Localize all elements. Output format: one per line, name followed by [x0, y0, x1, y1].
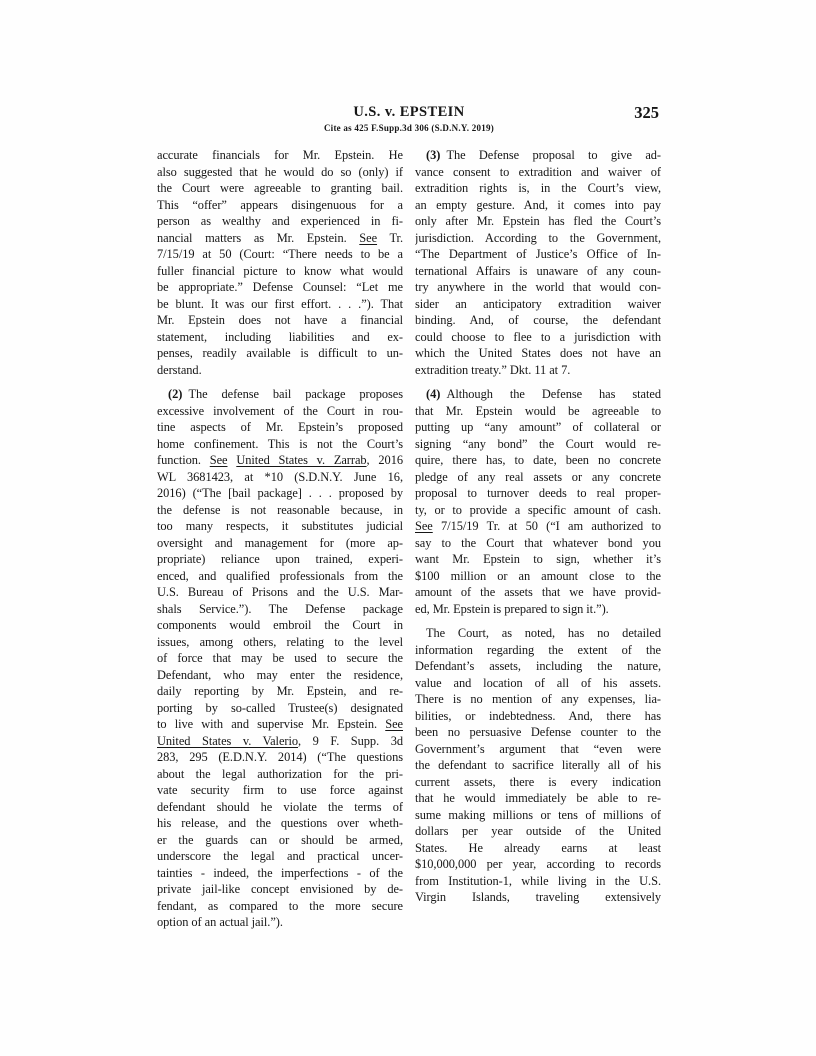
body-text: 7/15/19 Tr. at 50 (“I am authorized to	[433, 519, 661, 533]
text-line: also suggested that he would do so (only…	[157, 164, 403, 181]
text-line: to live with and supervise Mr. Epstein. …	[157, 716, 403, 733]
text-line: his release, and the questions over whet…	[157, 815, 403, 832]
text-line: that Mr. Epstein would be agreeable to	[415, 403, 661, 420]
text-line: vate security firm to use force against	[157, 782, 403, 799]
body-text: his release, and the questions over whet…	[157, 816, 403, 830]
paragraph-number: (4)	[426, 387, 440, 401]
body-text: shals Service.”). The Defense package	[157, 602, 403, 616]
body-text: excessive involvement of the Court in ro…	[157, 404, 403, 418]
body-text: 2016) (“The [bail package] . . . propose…	[157, 486, 403, 500]
body-text: derstand.	[157, 363, 202, 377]
body-text: ty, or to provide a specific amount of c…	[415, 503, 661, 517]
body-text: which the United States does not have an	[415, 346, 661, 360]
body-text: jurisdiction. According to the Governmen…	[415, 231, 661, 245]
text-line: ed, Mr. Epstein is prepared to sign it.”…	[415, 601, 661, 618]
text-line: putting up “any amount” of collateral or	[415, 419, 661, 436]
body-text: try anywhere in the world that would con…	[415, 280, 661, 294]
text-line: penses, readily available is difficult t…	[157, 345, 403, 362]
text-line: be appropriate.” Defense Counsel: “Let m…	[157, 279, 403, 296]
body-text: binding. And, of course, the defendant	[415, 313, 661, 327]
body-text: Virgin Islands, traveling extensively	[415, 890, 661, 904]
text-line: vance consent to extradition and waiver …	[415, 164, 661, 181]
body-text: underscore the legal and practical uncer…	[157, 849, 403, 863]
text-line: signing “any bond” the Court would re-	[415, 436, 661, 453]
text-line: could choose to flee to a jurisdiction w…	[415, 329, 661, 346]
text-line: defendant should he violate the terms of	[157, 799, 403, 816]
text-line: excessive involvement of the Court in ro…	[157, 403, 403, 420]
body-text: pledge of any real assets or any concret…	[415, 470, 661, 484]
body-text: extradition rights is, in the Court’s vi…	[415, 181, 661, 195]
body-text: U.S. Bureau of Prisons and the U.S. Mar-	[157, 585, 403, 599]
text-line: $10,000,000 per year, according to recor…	[415, 856, 661, 873]
text-line: an empty gesture. And, it comes into pay	[415, 197, 661, 214]
text-line: States. He already earns at least	[415, 840, 661, 857]
text-line: which the United States does not have an	[415, 345, 661, 362]
body-text: value and location of all of his assets.	[415, 676, 661, 690]
body-text: that Mr. Epstein would be agreeable to	[415, 404, 661, 418]
body-text: The Defense proposal to give ad-	[440, 148, 661, 162]
text-line: 283, 295 (E.D.N.Y. 2014) (“The questions	[157, 749, 403, 766]
body-text: signing “any bond” the Court would re-	[415, 437, 661, 451]
body-text: Defendant’s assets, including the nature…	[415, 659, 661, 673]
body-text: been no persuasive Defense counter to th…	[415, 725, 661, 739]
body-text: fuller financial picture to know what wo…	[157, 264, 403, 278]
text-line: Defendant, who may enter the residence,	[157, 667, 403, 684]
text-line: the defense is not reasonable because, i…	[157, 502, 403, 519]
text-line: United States v. Valerio, 9 F. Supp. 3d	[157, 733, 403, 750]
body-text: private jail-like concept envisioned by …	[157, 882, 403, 896]
text-line: components would embroil the Court in	[157, 617, 403, 634]
text-line: option of an actual jail.”).	[157, 914, 403, 931]
body-text: ed, Mr. Epstein is prepared to sign it.”…	[415, 602, 609, 616]
body-text: say to the Court that whatever bond you	[415, 536, 661, 550]
text-line: sider an anticipatory extradition waiver	[415, 296, 661, 313]
text-line: derstand.	[157, 362, 403, 379]
text-line: issues, among others, relating to the le…	[157, 634, 403, 651]
text-line: accurate financials for Mr. Epstein. He	[157, 147, 403, 164]
text-line: home confinement. This is not the Court’…	[157, 436, 403, 453]
body-text: dollars per year outside of the United	[415, 824, 661, 838]
text-line: (4) Although the Defense has stated	[415, 386, 661, 403]
body-text: to live with and supervise Mr. Epstein.	[157, 717, 385, 731]
body-text: home confinement. This is not the Court’…	[157, 437, 403, 451]
text-line: statement, including liabilities and ex-	[157, 329, 403, 346]
body-text: oversight and management for (more ap-	[157, 536, 403, 550]
text-line: value and location of all of his assets.	[415, 675, 661, 692]
text-line: too many respects, it substitutes judici…	[157, 518, 403, 535]
text-line: amount of the assets that we have provid…	[415, 584, 661, 601]
body-text: $100 million or an amount close to the	[415, 569, 661, 583]
paragraph: (2) The defense bail package proposesexc…	[157, 386, 403, 931]
body-text: porting by so-called Trustee(s) designat…	[157, 701, 403, 715]
text-line: the Court were agreeable to granting bai…	[157, 180, 403, 197]
text-line: shals Service.”). The Defense package	[157, 601, 403, 618]
underlined-citation-text: United States v. Zarrab	[236, 453, 366, 467]
text-line: ternational Affairs is unaware of any co…	[415, 263, 661, 280]
body-text: vate security firm to use force against	[157, 783, 403, 797]
body-text: Tr.	[377, 231, 403, 245]
body-text: that he would immediately be able to re-	[415, 791, 661, 805]
body-text: also suggested that he would do so (only…	[157, 165, 403, 179]
body-text: the defendant to sacrifice literally all…	[415, 758, 661, 772]
underlined-citation-text: See	[210, 453, 228, 467]
body-text: Although the Defense has stated	[440, 387, 661, 401]
text-line: tainties - indeed, the imperfections - o…	[157, 865, 403, 882]
text-line: that he would immediately be able to re-	[415, 790, 661, 807]
body-text: the Court were agreeable to granting bai…	[157, 181, 403, 195]
text-line: been no persuasive Defense counter to th…	[415, 724, 661, 741]
body-text: nancial matters as Mr. Epstein.	[157, 231, 359, 245]
text-line: extradition treaty.” Dkt. 11 at 7.	[415, 362, 661, 379]
body-text: amount of the assets that we have provid…	[415, 585, 661, 599]
body-text: er the guards can or should be armed,	[157, 833, 403, 847]
running-head-case-title: U.S. v. EPSTEIN	[157, 105, 661, 120]
body-text: information regarding the extent of the	[415, 643, 661, 657]
text-line: The Court, as noted, has no detailed	[415, 625, 661, 642]
body-text: propriate) reliance upon trained, experi…	[157, 552, 403, 566]
text-line: underscore the legal and practical uncer…	[157, 848, 403, 865]
text-line: binding. And, of course, the defendant	[415, 312, 661, 329]
body-text: 7/15/19 at 50 (Court: “There needs to be…	[157, 247, 403, 261]
body-text: of force that may be used to secure the	[157, 651, 403, 665]
text-line: This “offer” appears disingenuous for a	[157, 197, 403, 214]
body-text: , 9 F. Supp. 3d	[298, 734, 403, 748]
body-text: enced, and qualified professionals from …	[157, 569, 403, 583]
text-line: want Mr. Epstein to sign, whether it’s	[415, 551, 661, 568]
text-line: er the guards can or should be armed,	[157, 832, 403, 849]
document-page: U.S. v. EPSTEIN 325 Cite as 425 F.Supp.3…	[0, 0, 816, 1056]
paragraph-number: (2)	[168, 387, 182, 401]
text-line: of force that may be used to secure the	[157, 650, 403, 667]
column-right: (3) The Defense proposal to give ad-vanc…	[415, 147, 661, 931]
body-text: “The Department of Justice’s Office of I…	[415, 247, 661, 261]
body-text: statement, including liabilities and ex-	[157, 330, 403, 344]
text-line: bilities, or indebtedness. And, there ha…	[415, 708, 661, 725]
text-line: current assets, there is every indicatio…	[415, 774, 661, 791]
body-text: sider an anticipatory extradition waiver	[415, 297, 661, 311]
text-line: dollars per year outside of the United	[415, 823, 661, 840]
text-line: sume making millions or tens of millions…	[415, 807, 661, 824]
text-line: See 7/15/19 Tr. at 50 (“I am authorized …	[415, 518, 661, 535]
text-line: (2) The defense bail package proposes	[157, 386, 403, 403]
text-line: from Institution-1, while living in the …	[415, 873, 661, 890]
body-text: 283, 295 (E.D.N.Y. 2014) (“The questions	[157, 750, 403, 764]
text-line: information regarding the extent of the	[415, 642, 661, 659]
text-line: 2016) (“The [bail package] . . . propose…	[157, 485, 403, 502]
paragraph: accurate financials for Mr. Epstein. Hea…	[157, 147, 403, 378]
text-line: proposal to turnover deeds to real prope…	[415, 485, 661, 502]
underlined-citation-text: United States v. Valerio	[157, 734, 298, 748]
body-text: proposal to turnover deeds to real prope…	[415, 486, 661, 500]
body-text: WL 3681423, at *10 (S.D.N.Y. June 16,	[157, 470, 403, 484]
underlined-citation-text: See	[415, 519, 433, 533]
text-line: daily reporting by Mr. Epstein, and re-	[157, 683, 403, 700]
underlined-citation-text: See	[359, 231, 377, 245]
text-line: fuller financial picture to know what wo…	[157, 263, 403, 280]
body-text: current assets, there is every indicatio…	[415, 775, 661, 789]
body-text: Defendant, who may enter the residence,	[157, 668, 403, 682]
text-line: quire, there has, to date, been no concr…	[415, 452, 661, 469]
paragraph: The Court, as noted, has no detailedinfo…	[415, 625, 661, 906]
body-text: vance consent to extradition and waiver …	[415, 165, 661, 179]
text-line: ty, or to provide a specific amount of c…	[415, 502, 661, 519]
text-line: U.S. Bureau of Prisons and the U.S. Mar-	[157, 584, 403, 601]
body-text: too many respects, it substitutes judici…	[157, 519, 403, 533]
body-text: components would embroil the Court in	[157, 618, 403, 632]
text-line: pledge of any real assets or any concret…	[415, 469, 661, 486]
text-line: only after Mr. Epstein has fled the Cour…	[415, 213, 661, 230]
body-text: penses, readily available is difficult t…	[157, 346, 403, 360]
text-line: extradition rights is, in the Court’s vi…	[415, 180, 661, 197]
text-line: propriate) reliance upon trained, experi…	[157, 551, 403, 568]
body-text: about the legal authorization for the pr…	[157, 767, 403, 781]
text-line: There is no mention of any expenses, lia…	[415, 691, 661, 708]
paragraph: (3) The Defense proposal to give ad-vanc…	[415, 147, 661, 378]
text-line: about the legal authorization for the pr…	[157, 766, 403, 783]
body-text: daily reporting by Mr. Epstein, and re-	[157, 684, 403, 698]
body-text: option of an actual jail.”).	[157, 915, 283, 929]
text-line: (3) The Defense proposal to give ad-	[415, 147, 661, 164]
body-text: function.	[157, 453, 210, 467]
text-line: oversight and management for (more ap-	[157, 535, 403, 552]
text-line: Mr. Epstein does not have a financial	[157, 312, 403, 329]
paragraph-number: (3)	[426, 148, 440, 162]
body-text: $10,000,000 per year, according to recor…	[415, 857, 661, 871]
body-text: defendant should he violate the terms of	[157, 800, 403, 814]
body-text: bilities, or indebtedness. And, there ha…	[415, 709, 661, 723]
body-text: The Court, as noted, has no detailed	[426, 626, 661, 640]
text-line: nancial matters as Mr. Epstein. See Tr.	[157, 230, 403, 247]
text-line: $100 million or an amount close to the	[415, 568, 661, 585]
text-line: enced, and qualified professionals from …	[157, 568, 403, 585]
text-line: 7/15/19 at 50 (Court: “There needs to be…	[157, 246, 403, 263]
page-header: U.S. v. EPSTEIN 325 Cite as 425 F.Supp.3…	[157, 105, 661, 133]
underlined-citation-text: See	[385, 717, 403, 731]
body-text: Government’s argument that “even were	[415, 742, 661, 756]
body-text: could choose to flee to a jurisdiction w…	[415, 330, 661, 344]
page-number: 325	[634, 103, 659, 123]
body-text: tainties - indeed, the imperfections - o…	[157, 866, 403, 880]
paragraph: (4) Although the Defense has statedthat …	[415, 386, 661, 617]
body-text: tine aspects of Mr. Epstein’s proposed	[157, 420, 403, 434]
body-text: The defense bail package proposes	[182, 387, 403, 401]
body-text: ternational Affairs is unaware of any co…	[415, 264, 661, 278]
body-text: issues, among others, relating to the le…	[157, 635, 403, 649]
text-line: try anywhere in the world that would con…	[415, 279, 661, 296]
text-line: say to the Court that whatever bond you	[415, 535, 661, 552]
body-text: States. He already earns at least	[415, 841, 661, 855]
body-text: person as wealthy and experienced in fi-	[157, 214, 403, 228]
body-text: be blunt. It was our first effort. . . .…	[157, 297, 403, 311]
body-text: sume making millions or tens of millions…	[415, 808, 661, 822]
body-text: only after Mr. Epstein has fled the Cour…	[415, 214, 661, 228]
body-text: , 2016	[367, 453, 403, 467]
text-line: tine aspects of Mr. Epstein’s proposed	[157, 419, 403, 436]
citation-line: Cite as 425 F.Supp.3d 306 (S.D.N.Y. 2019…	[157, 123, 661, 133]
text-line: “The Department of Justice’s Office of I…	[415, 246, 661, 263]
body-text: Mr. Epstein does not have a financial	[157, 313, 403, 327]
body-text: be appropriate.” Defense Counsel: “Let m…	[157, 280, 403, 294]
body-text: putting up “any amount” of collateral or	[415, 420, 661, 434]
body-text: quire, there has, to date, been no concr…	[415, 453, 661, 467]
body-text: want Mr. Epstein to sign, whether it’s	[415, 552, 661, 566]
body-text: There is no mention of any expenses, lia…	[415, 692, 661, 706]
text-line: person as wealthy and experienced in fi-	[157, 213, 403, 230]
text-line: Defendant’s assets, including the nature…	[415, 658, 661, 675]
text-line: porting by so-called Trustee(s) designat…	[157, 700, 403, 717]
text-line: the defendant to sacrifice literally all…	[415, 757, 661, 774]
body-text: This “offer” appears disingenuous for a	[157, 198, 403, 212]
body-text: accurate financials for Mr. Epstein. He	[157, 148, 403, 162]
body-text: the defense is not reasonable because, i…	[157, 503, 403, 517]
body-text: fendant, as compared to the more secure	[157, 899, 403, 913]
two-column-body: accurate financials for Mr. Epstein. Hea…	[157, 147, 661, 931]
body-text	[228, 453, 237, 467]
text-line: function. See United States v. Zarrab, 2…	[157, 452, 403, 469]
text-line: fendant, as compared to the more secure	[157, 898, 403, 915]
text-line: private jail-like concept envisioned by …	[157, 881, 403, 898]
text-line: WL 3681423, at *10 (S.D.N.Y. June 16,	[157, 469, 403, 486]
body-text: extradition treaty.” Dkt. 11 at 7.	[415, 363, 570, 377]
text-line: Virgin Islands, traveling extensively	[415, 889, 661, 906]
body-text: from Institution-1, while living in the …	[415, 874, 661, 888]
text-line: jurisdiction. According to the Governmen…	[415, 230, 661, 247]
text-line: be blunt. It was our first effort. . . .…	[157, 296, 403, 313]
body-text: an empty gesture. And, it comes into pay	[415, 198, 661, 212]
text-line: Government’s argument that “even were	[415, 741, 661, 758]
column-left: accurate financials for Mr. Epstein. Hea…	[157, 147, 403, 931]
